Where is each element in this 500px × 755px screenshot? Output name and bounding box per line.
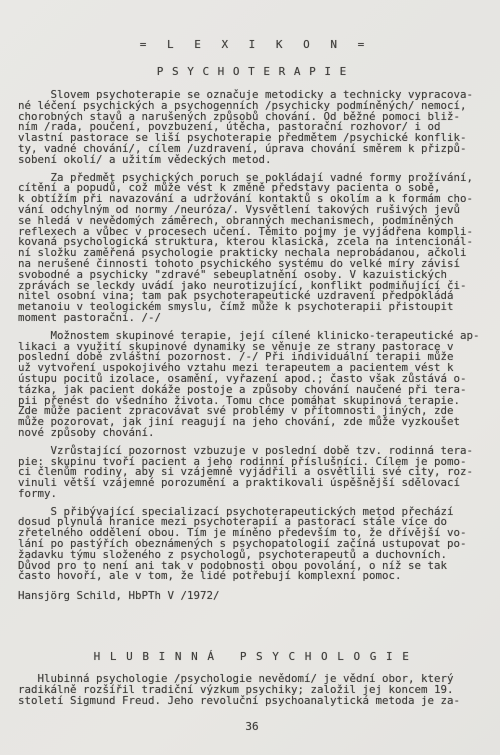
paragraph-2: Za předmět psychických poruch se pokláda… (18, 173, 486, 324)
lexikon-heading: = L E X I K O N = (18, 38, 493, 51)
document-page: = L E X I K O N = P S Y C H O T E R A P … (0, 0, 500, 755)
paragraph-3: Možnostem skupinové terapie, její cílené… (18, 331, 486, 439)
paragraph-6: Hlubinná psychologie /psychologie nevědo… (18, 674, 486, 706)
paragraph-4: Vzrůstající pozornost vzbuzuje v posledn… (18, 446, 486, 500)
psychoterapie-section-heading: P S Y C H O T E R A P I E (18, 65, 486, 78)
author-attribution: Hansjörg Schild, HbPTh V /1972/ (18, 590, 486, 602)
paragraph-1: Slovem psychoterapie se označuje metodic… (18, 90, 486, 166)
paragraph-5: S přibývající specializací psychoterapeu… (18, 507, 486, 583)
page-number: 36 (18, 721, 486, 733)
document-body: Slovem psychoterapie se označuje metodic… (18, 90, 486, 582)
hlubinna-psychologie-section-heading: H L U B I N N Á P S Y C H O L O G I E (18, 650, 486, 663)
